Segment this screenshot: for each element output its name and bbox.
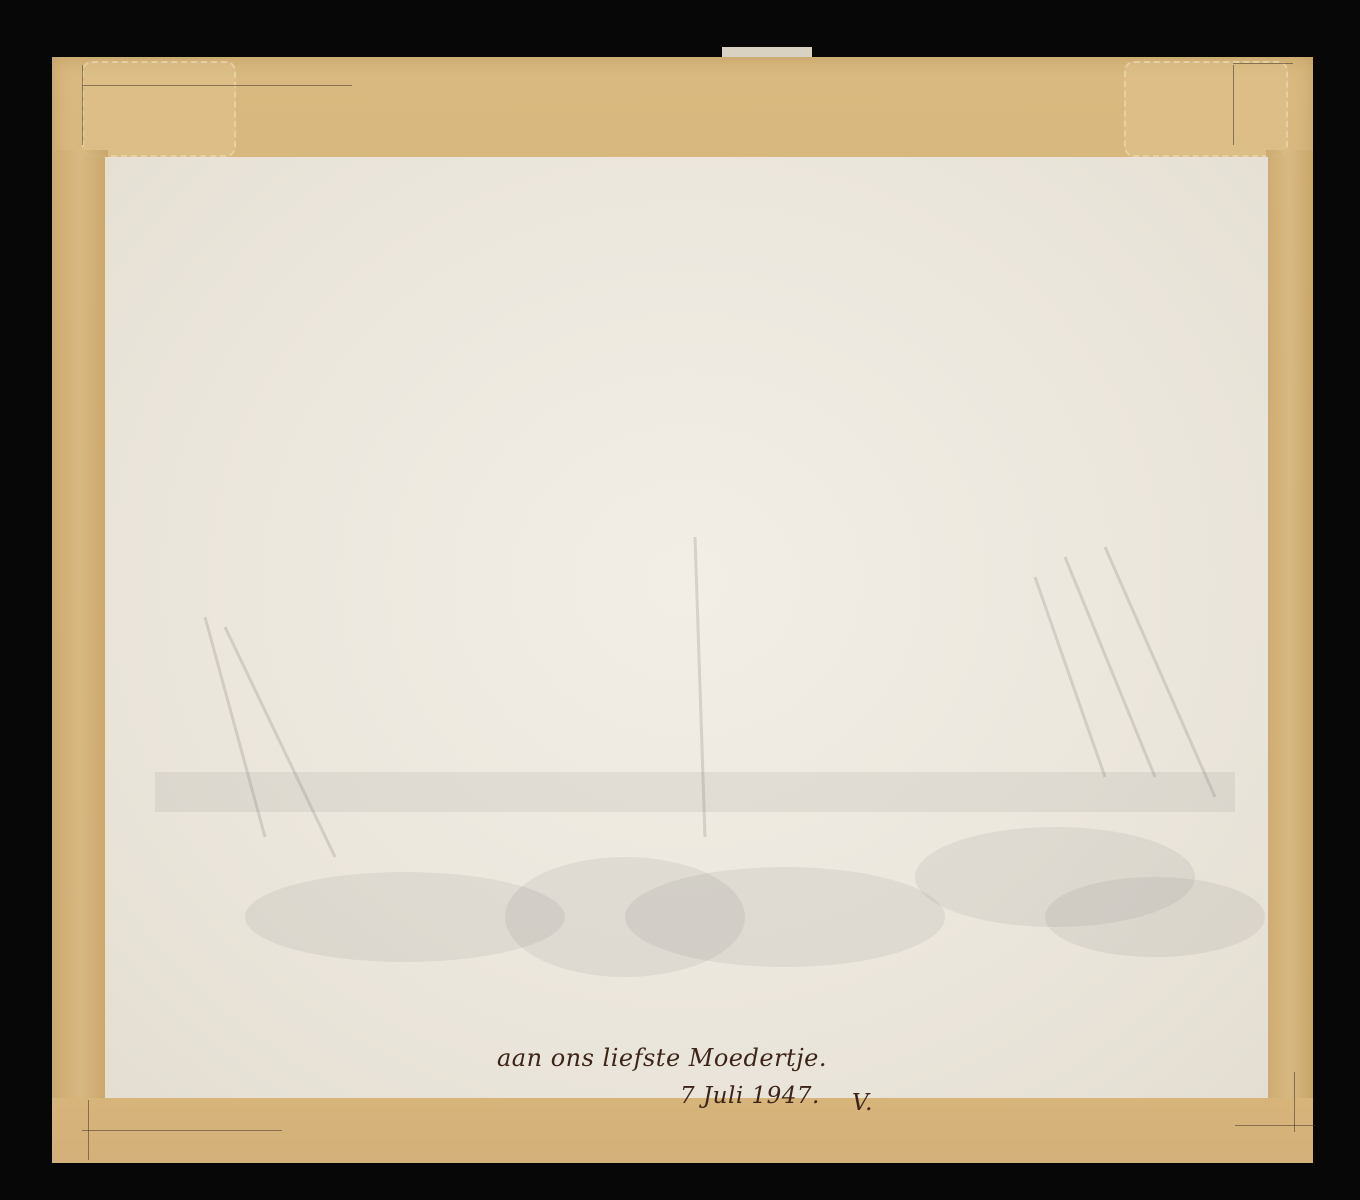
- inscription-dedication: aan ons liefste Moedertje.: [497, 1044, 827, 1072]
- pencil-crop-mark: [1233, 63, 1293, 64]
- pencil-crop-mark: [1235, 1125, 1315, 1126]
- paper-sheet: [105, 157, 1268, 1100]
- tape-strip-right: [1266, 150, 1313, 1100]
- tape-strip-left: [52, 150, 108, 1100]
- pencil-crop-mark: [82, 1130, 282, 1131]
- inscription-date: 7 Juli 1947.: [680, 1083, 820, 1109]
- pencil-sketch-showthrough: [105, 157, 1268, 1100]
- pencil-crop-mark: [1294, 1072, 1295, 1132]
- pencil-crop-mark: [88, 1100, 89, 1160]
- board-edge-notch: [722, 47, 812, 57]
- adhesive-hinge-mark-right: [1124, 61, 1288, 157]
- pencil-crop-mark: [82, 65, 83, 145]
- pencil-crop-mark: [82, 85, 352, 86]
- adhesive-hinge-mark-left: [82, 61, 236, 157]
- pencil-crop-mark: [1233, 65, 1234, 145]
- inscription-initial: V.: [852, 1090, 873, 1116]
